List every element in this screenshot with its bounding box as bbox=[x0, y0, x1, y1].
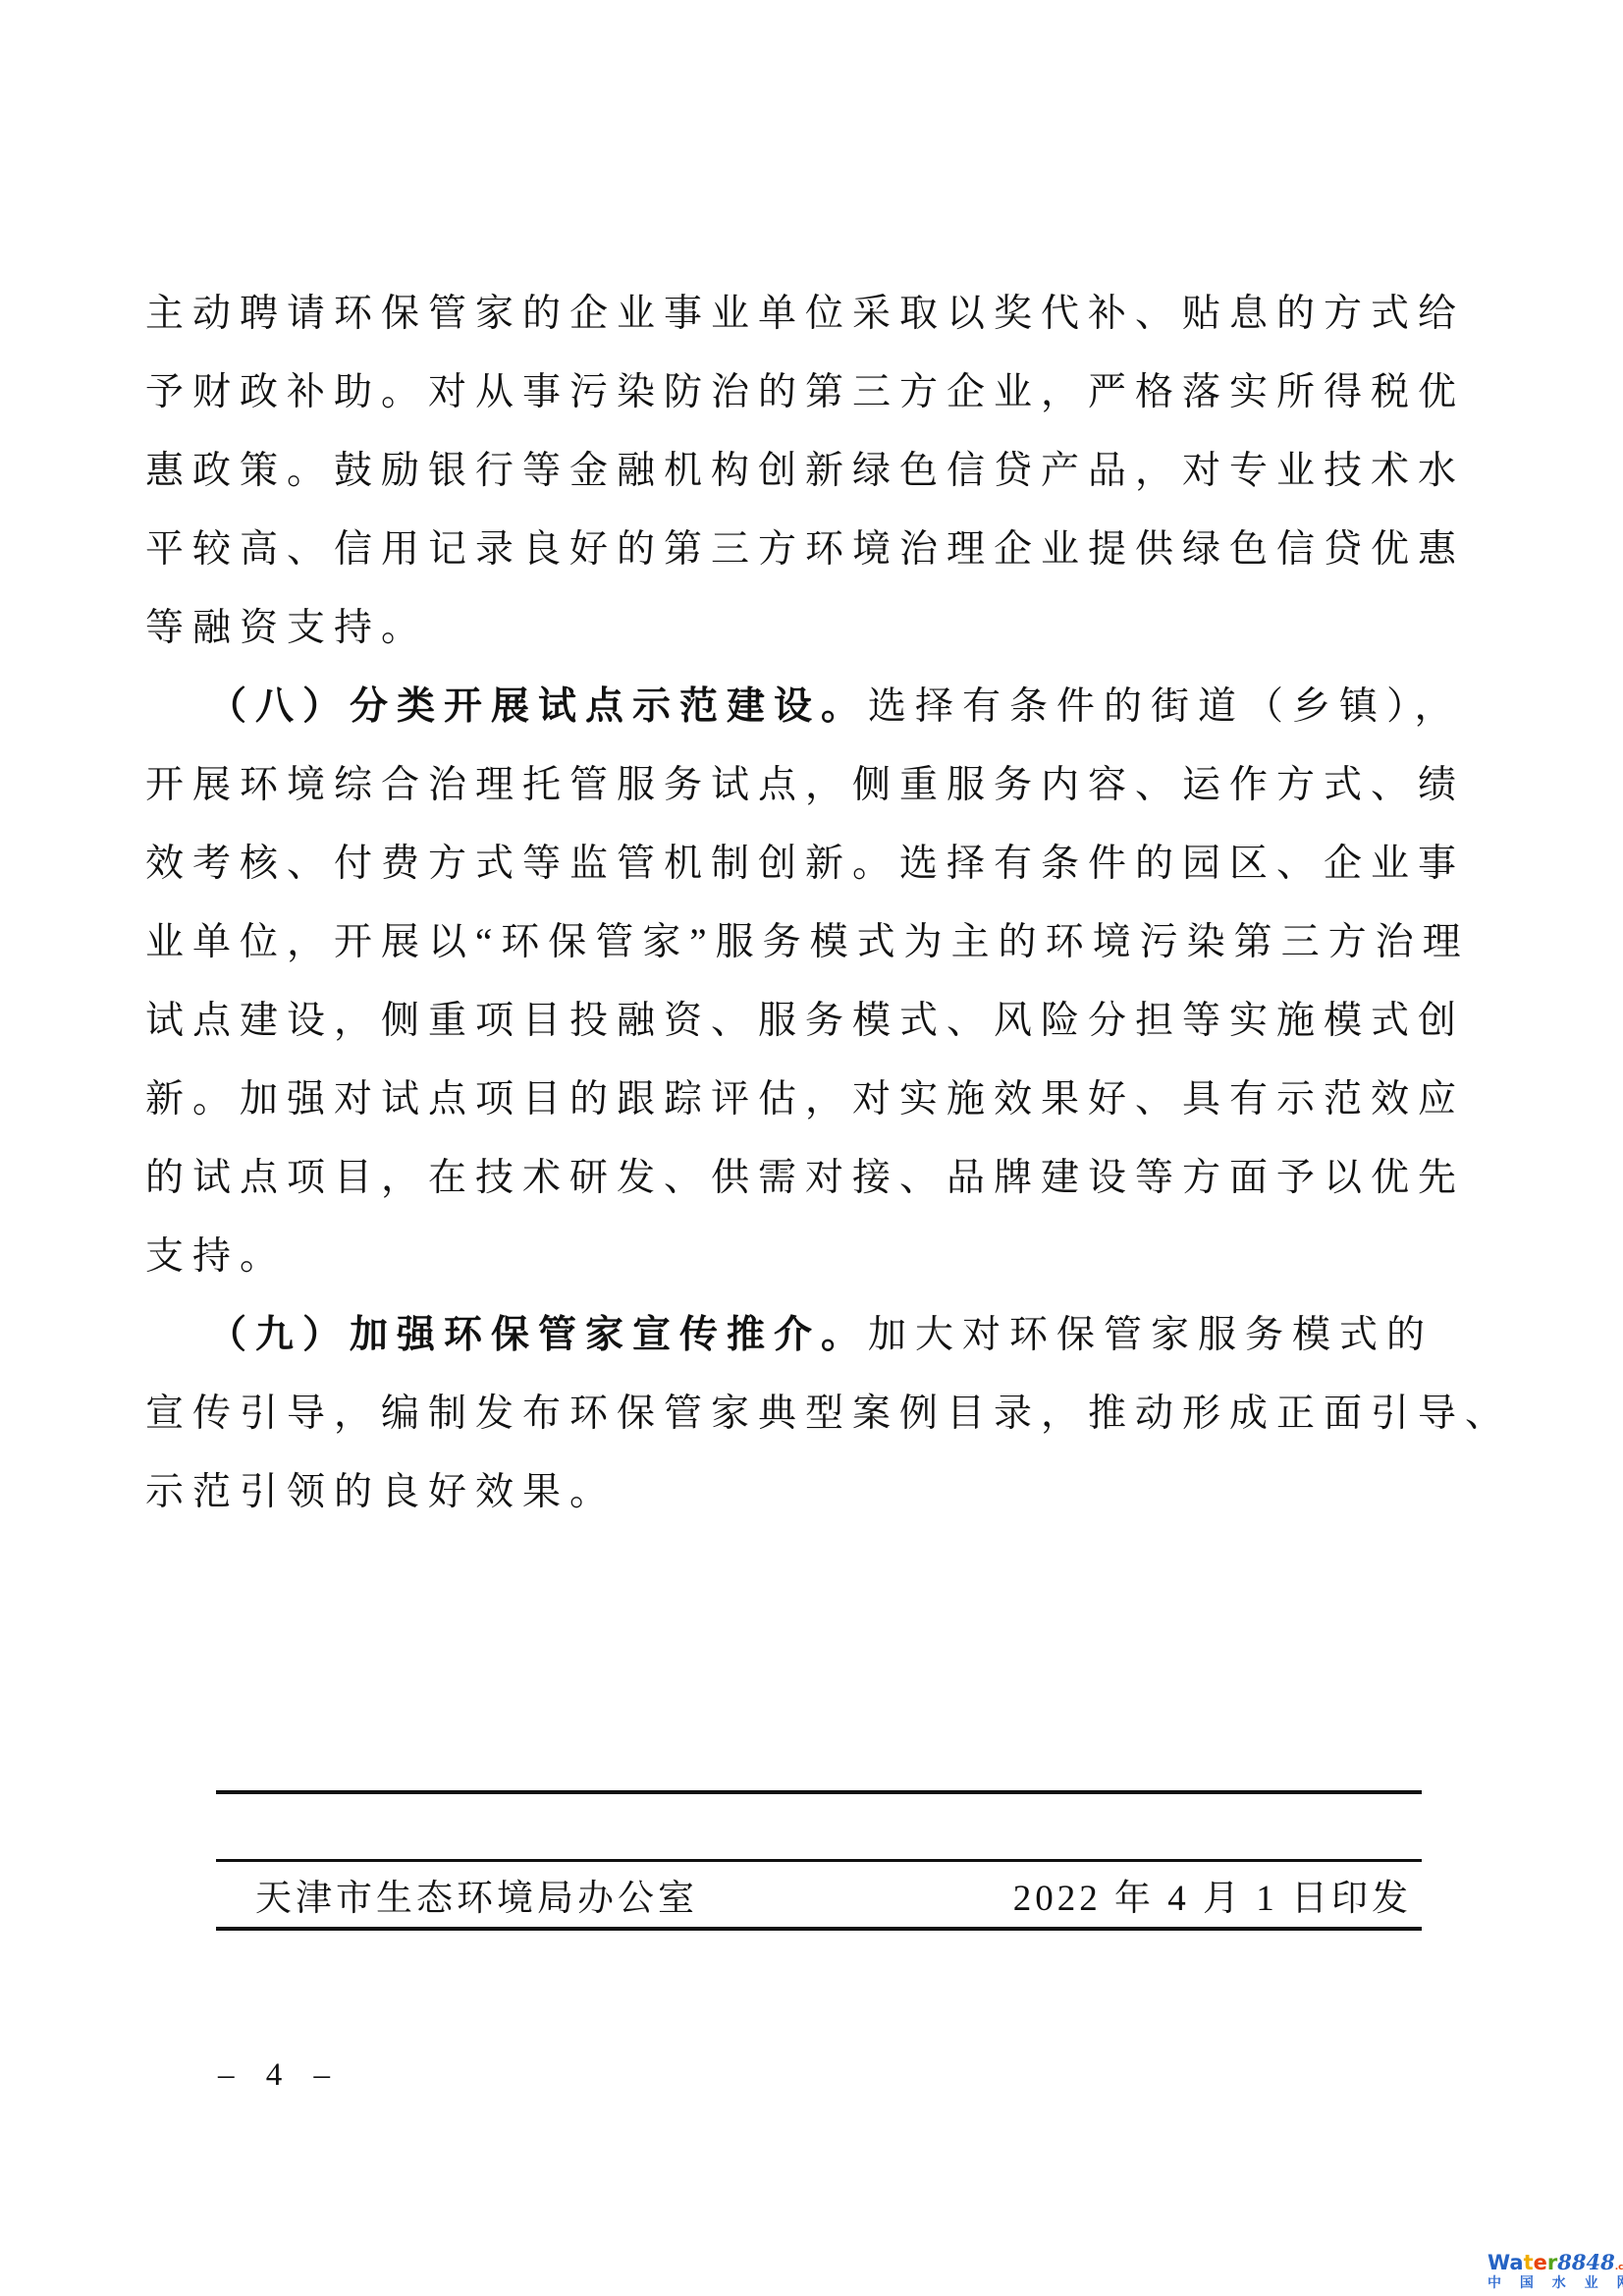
text-line: 宣传引导，编制发布环保管家典型案例目录，推动形成正面引导、 bbox=[145, 1375, 1486, 1453]
page-number: – 4 – bbox=[218, 2057, 342, 2094]
text-line: （九）加强环保管家宣传推介。加大对环保管家服务模式的 bbox=[145, 1296, 1486, 1375]
brand-letter: r bbox=[1547, 2251, 1557, 2274]
watermark-logo: Water8848.com 中 国 水 业 网 bbox=[1488, 2252, 1615, 2290]
brand-letter: t bbox=[1524, 2251, 1534, 2274]
brand-number: 8848 bbox=[1557, 2250, 1614, 2274]
paragraph-continuation: 主动聘请环保管家的企业事业单位采取以奖代补、贴息的方式给 予财政补助。对从事污染… bbox=[145, 275, 1486, 668]
record-bottom-rule bbox=[216, 1927, 1422, 1931]
text-line: 效考核、付费方式等监管机制创新。选择有条件的园区、企业事 bbox=[145, 825, 1486, 903]
text-line: 等融资支持。 bbox=[145, 589, 1486, 668]
document-page: 主动聘请环保管家的企业事业单位采取以奖代补、贴息的方式给 予财政补助。对从事污染… bbox=[0, 0, 1623, 2296]
paragraph-nine-heading: （九）加强环保管家宣传推介。 bbox=[208, 1314, 868, 1356]
issuer-office: 天津市生态环境局办公室 bbox=[255, 1868, 698, 1921]
print-date: 2022 年 4 月 1 日印发 bbox=[1013, 1868, 1412, 1921]
text-line: 试点建设，侧重项目投融资、服务模式、风险分担等实施模式创 bbox=[145, 982, 1486, 1061]
text-line: 支持。 bbox=[145, 1218, 1486, 1296]
text-line: 主动聘请环保管家的企业事业单位采取以奖代补、贴息的方式给 bbox=[145, 275, 1486, 354]
watermark-chinese-name: 中 国 水 业 网 bbox=[1488, 2276, 1615, 2290]
text-line: 示范引领的良好效果。 bbox=[145, 1453, 1486, 1532]
record-empty-row bbox=[216, 1794, 1422, 1859]
text-line: （八）分类开展试点示范建设。选择有条件的街道（乡镇）， bbox=[145, 668, 1486, 746]
paragraph-nine: （九）加强环保管家宣传推介。加大对环保管家服务模式的 宣传引导，编制发布环保管家… bbox=[145, 1296, 1486, 1532]
paragraph-nine-first-line: 加大对环保管家服务模式的 bbox=[868, 1314, 1434, 1356]
text-line: 开展环境综合治理托管服务试点，侧重服务内容、运作方式、绩 bbox=[145, 746, 1486, 825]
paragraph-eight: （八）分类开展试点示范建设。选择有条件的街道（乡镇）， 开展环境综合治理托管服务… bbox=[145, 668, 1486, 1296]
record-block: 天津市生态环境局办公室 2022 年 4 月 1 日印发 bbox=[216, 1790, 1422, 1931]
paragraph-eight-heading: （八）分类开展试点示范建设。 bbox=[208, 685, 868, 728]
text-line: 平较高、信用记录良好的第三方环境治理企业提供绿色信贷优惠 bbox=[145, 511, 1486, 589]
text-line: 新。加强对试点项目的跟踪评估，对实施效果好、具有示范效应 bbox=[145, 1061, 1486, 1139]
brand-letter: a bbox=[1509, 2251, 1523, 2274]
text-line: 的试点项目，在技术研发、供需对接、品牌建设等方面予以优先 bbox=[145, 1139, 1486, 1218]
brand-tld: .com bbox=[1615, 2263, 1623, 2272]
brand-letter: e bbox=[1534, 2251, 1547, 2274]
paragraph-eight-first-line: 选择有条件的街道（乡镇）， bbox=[868, 685, 1462, 728]
record-issuer-row: 天津市生态环境局办公室 2022 年 4 月 1 日印发 bbox=[216, 1862, 1422, 1927]
brand-letter: W bbox=[1488, 2251, 1509, 2274]
watermark-brand-text: Water8848.com bbox=[1488, 2252, 1615, 2273]
document-body: 主动聘请环保管家的企业事业单位采取以奖代补、贴息的方式给 予财政补助。对从事污染… bbox=[145, 275, 1486, 1532]
text-line: 业单位，开展以“环保管家”服务模式为主的环境污染第三方治理 bbox=[145, 903, 1486, 982]
text-line: 惠政策。鼓励银行等金融机构创新绿色信贷产品，对专业技术水 bbox=[145, 432, 1486, 511]
text-line: 予财政补助。对从事污染防治的第三方企业，严格落实所得税优 bbox=[145, 354, 1486, 432]
